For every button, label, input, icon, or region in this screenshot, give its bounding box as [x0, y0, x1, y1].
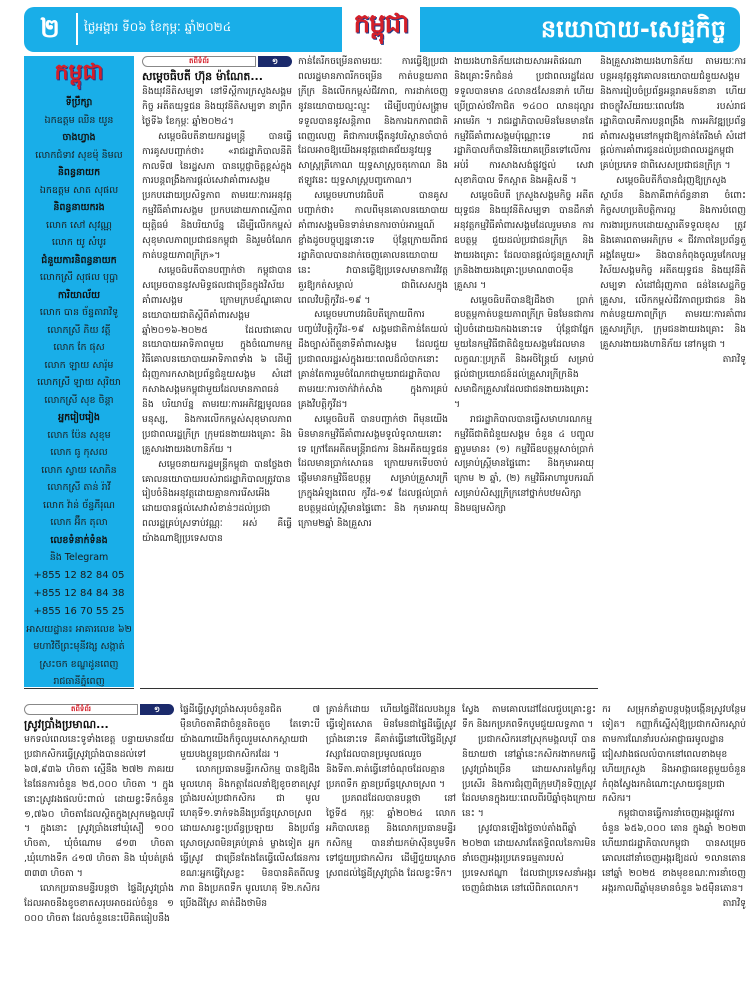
section-divider [24, 688, 134, 689]
header-divider [76, 13, 78, 45]
staff-name: លោកជំទាវ សុខម៉ុ និមល [24, 147, 134, 165]
staff-role: អ្នករៀបរៀង [24, 409, 134, 427]
phone-number[interactable]: +855 12 82 84 05 [24, 567, 134, 585]
continued-from-label: តពីទំព័រ [24, 704, 138, 715]
staff-role: និពន្ធនាយក [24, 164, 134, 182]
paragraph: កាន់តែរីកចម្រើនតាមរយៈ ការធ្វើឱ្យប្រជាពលរ… [298, 55, 448, 189]
article2-column-3: គ្រាន់ក៏ដោយ ហើយផ្ទៃដីដែលបងប្អូនធ្វើទៀតសោ… [326, 703, 456, 995]
paragraph: និងគ្រួសារងាយរងហានិភ័យ តាមរយៈការបន្តអនុវ… [600, 55, 746, 174]
article2-column-4: ស្វែង តាមគោលដៅដែលជួបគ្រោះខ្វះទឹក និងរកប្… [462, 703, 596, 995]
staff-group: និពន្ធនាយក ឯកឧត្តម សាត សុផល [24, 164, 134, 199]
paragraph: កម្ពុជាបានធ្វើការនាំចេញអង្ករផ្លូវការចំនួ… [602, 807, 746, 896]
staff-name: លោក អ៊ឹក តុលា [24, 514, 134, 532]
article1-column-2: កាន់តែរីកចម្រើនតាមរយៈ ការធ្វើឱ្យប្រជាពលរ… [298, 55, 448, 685]
staff-name: លោក សៅ សុវណ្ណ [24, 217, 134, 235]
phone-number[interactable]: +855 12 84 84 38 [24, 585, 134, 603]
paragraph: ផ្ទៃដីធ្វើស្រូវប្រាំងសរុបចំនួនជិត ៧ ម៉ឺន… [180, 703, 320, 763]
staff-group: អ្នករៀបរៀង លោក ប៉ែន សុខុម លោក ធូ កុសល លោ… [24, 409, 134, 532]
staff-name: លោក កែ ផុស [24, 339, 134, 357]
contact-heading: លេខទំនាក់ទំនង [24, 532, 134, 550]
article2-column-2: ផ្ទៃដីធ្វើស្រូវប្រាំងសរុបចំនួនជិត ៧ ម៉ឺន… [180, 703, 320, 995]
paragraph: លោកប្រធានមន្ទីរកសិកម្ម បានឱ្យដឹងមូលហេតុ … [180, 763, 320, 912]
staff-name: លោកស្រី តាន់ រ៉ាវី [24, 479, 134, 497]
paragraph: សម្ដេចធិបតីនាយករដ្ឋមន្ត្រី បានធ្វើការគូស… [142, 130, 292, 264]
paragraph: សម្ដេចធិបតីបានឱ្យដឹងថា ប្រាក់ឧបត្ថម្ភកាត… [454, 294, 594, 413]
staff-role: ជំនួយការនិពន្ធនាយក [24, 252, 134, 270]
staff-role: និពន្ធនាយករង [24, 199, 134, 217]
staff-group: ចាងហ្វាង លោកជំទាវ សុខម៉ុ និមល [24, 129, 134, 164]
byline: តារាវិទូ [600, 353, 746, 368]
telegram-label: និង Telegram [24, 549, 134, 567]
continued-tag: តពីទំព័រ ១ [24, 703, 174, 715]
paragraph: ប្រភពដដែលបានបន្តថា នៅថ្ងៃទី៥ កុម្ភៈ ឆ្នា… [326, 792, 456, 881]
paragraph: ប្រជាកសិករនៅស្រុកមង្គលបុរី បាននិយាយថា នៅ… [462, 733, 596, 822]
paragraph: មកទល់ពេលនេះទូទាំងខេត្ត បន្ទាយមានជ័យ ប្រជ… [24, 733, 174, 882]
staff-name: លោកស្រី ភិយ វត្តី [24, 322, 134, 340]
paragraph: លោកប្រធានមន្ទីរបន្តថា ផ្ទៃដីស្រូវប្រាំង … [24, 882, 174, 927]
staff-name: លោក ប៉ែន សុខុម [24, 427, 134, 445]
staff-name: លោក ធូ កុសល [24, 444, 134, 462]
staff-name: លោកស្រី ឡាយ សុរិយា [24, 374, 134, 392]
continued-page-number: ១ [140, 704, 174, 715]
article2-column-1: តពីទំព័រ ១ ស្រូវប្រាំងប្រមាណ... មកទល់ពេល… [24, 703, 174, 995]
article1-column-3: ងាយរងហានិភ័យដោយសារអតិផរណា និងគ្រោះទឹកជំន… [454, 55, 594, 685]
paragraph: សម្ដេចធិបតីក៏បានជំរុញឱ្យក្រសួង ស្ថាប័ន ន… [600, 174, 746, 353]
paragraph: សម្ដេចនាយករដ្ឋមន្ត្រីកម្ពុជា បានថ្លែងថា … [142, 458, 292, 547]
byline: តារាវិទូ [602, 897, 746, 912]
paragraph: ស្វែង តាមគោលដៅដែលជួបគ្រោះខ្វះទឹក និងរកប្… [462, 703, 596, 733]
continued-from-label: តពីទំព័រ [142, 56, 256, 67]
office-address: អាសយដ្ឋាន៖ អាគារលេខ ៦២ មហាវិថីព្រះមុនីវង… [24, 621, 134, 691]
paragraph: សម្ដេចមហាបវរធិបតី បានគូសបញ្ជាក់ថា៖ កាលពី… [298, 189, 448, 308]
issue-date: ថ្ងៃអង្គារ ទី០៦ ខែកុម្ភៈ ឆ្នាំ២០២៤ [84, 18, 231, 37]
staff-name: លោក បាន ច័ន្ទតារាវិទូ [24, 304, 134, 322]
page-number: ២ [30, 10, 70, 48]
paragraph: ករ សម្រុកនាំគ្នាបន្តបង្កបង្កើនស្រូវបន្ថែ… [602, 703, 746, 807]
continued-tag: តពីទំព័រ ១ [142, 55, 292, 67]
staff-name: លោក ស្វាយ សោភិន [24, 462, 134, 480]
staff-name: ឯកឧត្តម សាត សុផល [24, 182, 134, 200]
article1-headline: សម្ដេចធិបតី ហ៊ុន ម៉ាណែត... [142, 69, 292, 85]
staff-name: លោកស្រី សុខ ចិន្តា [24, 392, 134, 410]
staff-name: លោក យូ សំបូរ [24, 234, 134, 252]
paragraph: សម្ដេចមហាបវរធិបតីក្រោយពីការបញ្ចប់វិបត្តិ… [298, 308, 448, 412]
paragraph: ស្រូវបានឡើងថ្លៃចាប់តាំងពីឆ្នាំ ២០២៣ ដោយស… [462, 822, 596, 897]
staff-group: ការិយាល័យ លោក បាន ច័ន្ទតារាវិទូ លោកស្រី … [24, 287, 134, 410]
section-title: នយោបាយ-សេដ្ឋកិច្ច [541, 10, 726, 48]
staff-group: ទីប្រឹក្សា ឯកឧត្តម ឈិន យូន [24, 94, 134, 129]
staff-group: និពន្ធនាយករង លោក សៅ សុវណ្ណ លោក យូ សំបូរ [24, 199, 134, 252]
staff-role: ទីប្រឹក្សា [24, 94, 134, 112]
paragraph: សម្ដេចធិបតី ក្រសួងសង្គមកិច្ច អតីតយុទ្ធជន… [454, 189, 594, 293]
continued-page-number: ១ [258, 56, 292, 67]
article1-column-4: និងគ្រួសារងាយរងហានិភ័យ តាមរយៈការបន្តអនុវ… [600, 55, 746, 685]
article2-column-5: ករ សម្រុកនាំគ្នាបន្តបង្កបង្កើនស្រូវបន្ថែ… [602, 703, 746, 995]
article1-column-1: តពីទំព័រ ១ សម្ដេចធិបតី ហ៊ុន ម៉ាណែត... និ… [142, 55, 292, 685]
staff-name: ឯកឧត្តម ឈិន យូន [24, 112, 134, 130]
masthead-logo: កម្ពុជា [338, 4, 424, 52]
staff-sidebar: កម្ពុជា ទីប្រឹក្សា ឯកឧត្តម ឈិន យូន ចាងហ្… [24, 56, 134, 687]
staff-role: ចាងហ្វាង [24, 129, 134, 147]
paragraph: សម្ដេចធិបតីបានបញ្ជាក់ថា កម្ពុជាបានសម្រេច… [142, 264, 292, 458]
article2-headline: ស្រូវប្រាំងប្រមាណ... [24, 717, 174, 733]
staff-role: ការិយាល័យ [24, 287, 134, 305]
sidebar-logo: កម្ពុជា [24, 58, 134, 94]
paragraph: ងាយរងហានិភ័យដោយសារអតិផរណា និងគ្រោះទឹកជំន… [454, 55, 594, 189]
phone-number[interactable]: +855 16 70 55 25 [24, 603, 134, 621]
paragraph: រាជរដ្ឋាភិបាលបានធ្វើសមាហរណកម្មកម្មវិធីជា… [454, 413, 594, 517]
staff-name: លោកស្រី សុផល បុប្ផា [24, 269, 134, 287]
paragraph: និងយុវនីតិសម្បទា នៅទីស្ដីការក្រសួងសង្គមក… [142, 85, 292, 130]
paragraph: សម្ដេចធិបតី បានបញ្ជាក់ថា ពីមុនយើងមិនមានក… [298, 413, 448, 532]
section-divider [140, 688, 598, 689]
staff-group: ជំនួយការនិពន្ធនាយក លោកស្រី សុផល បុប្ផា [24, 252, 134, 287]
paragraph: គ្រាន់ក៏ដោយ ហើយផ្ទៃដីដែលបងប្អូនធ្វើទៀតសោ… [326, 703, 456, 792]
staff-name: លោក វ៉ាន់ ច័ន្ទភីរុណ [24, 497, 134, 515]
staff-name: លោក ឡាយ សារ៉ុម [24, 357, 134, 375]
